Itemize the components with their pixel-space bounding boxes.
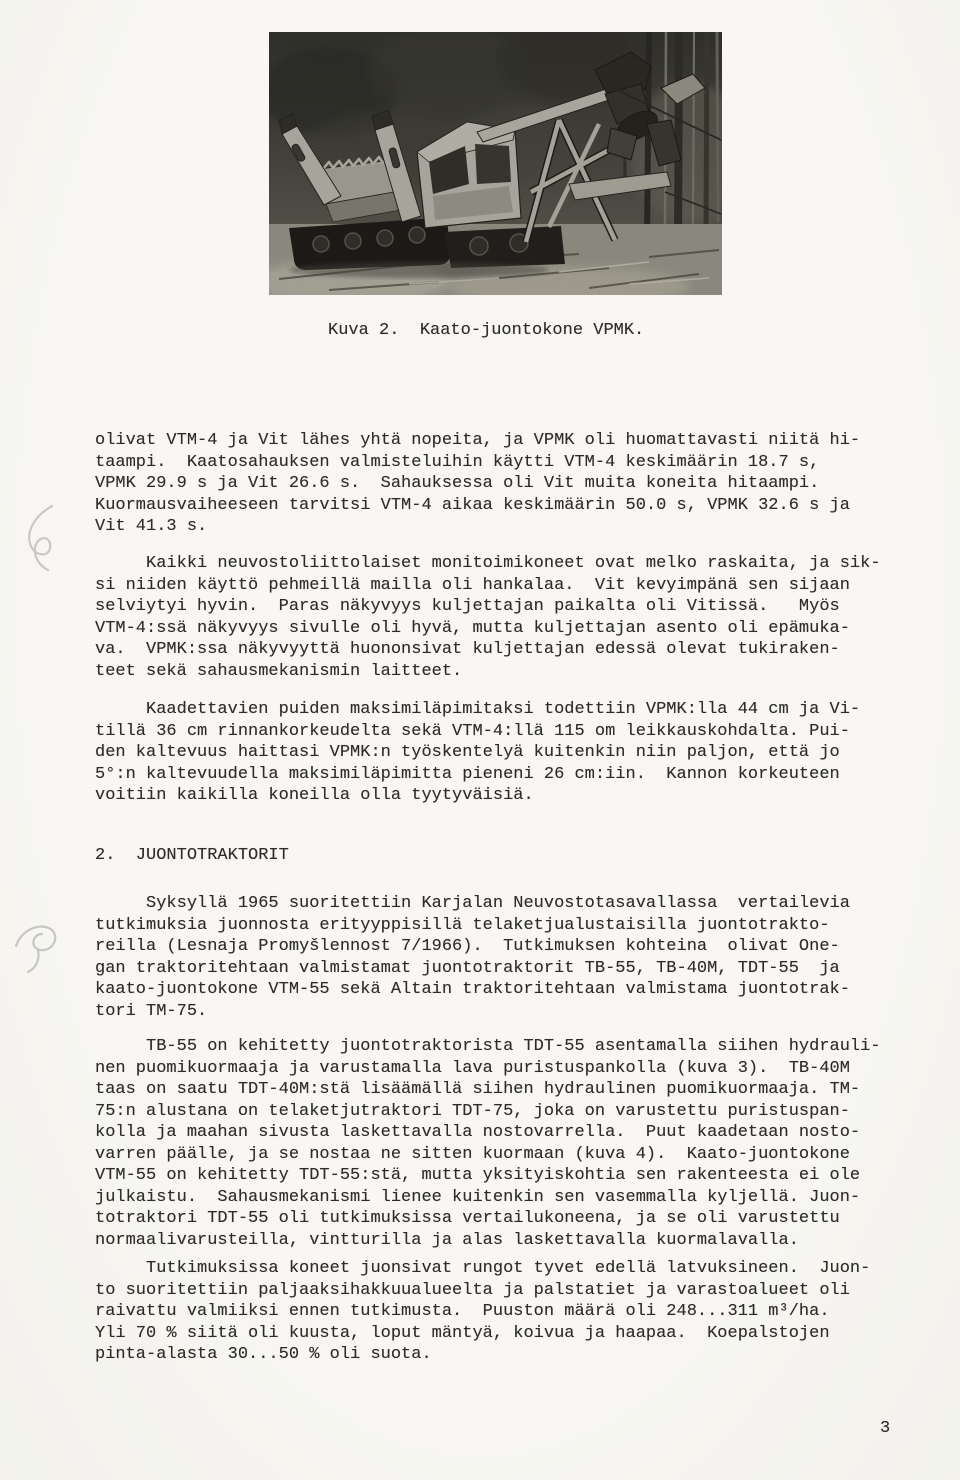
paragraph-3: Kaadettavien puiden maksimiläpimitaksi t… (95, 699, 860, 807)
figure-caption: Kuva 2. Kaato-juontokone VPMK. (328, 320, 644, 342)
paragraph-6: Tutkimuksissa koneet juonsivat rungot ty… (95, 1258, 870, 1366)
section-heading: 2. JUONTOTRAKTORIT (95, 845, 289, 867)
page-number: 3 (880, 1418, 890, 1440)
paragraph-4: Syksyllä 1965 suoritettiin Karjalan Neuv… (95, 893, 850, 1022)
handwritten-margin-mark-icon (10, 500, 70, 580)
paragraph-2: Kaikki neuvostoliittolaiset monitoimikon… (95, 553, 881, 682)
document-page: Kuva 2. Kaato-juontokone VPMK. olivat VT… (0, 0, 960, 1480)
handwritten-margin-mark-icon (4, 920, 64, 990)
photo-grain-overlay (269, 32, 722, 295)
paragraph-1: olivat VTM-4 ja Vit lähes yhtä nopeita, … (95, 430, 860, 538)
paragraph-5: TB-55 on kehitetty juontotraktorista TDT… (95, 1036, 881, 1251)
forestry-machine-photo (269, 32, 722, 295)
figure-photo (269, 32, 722, 295)
